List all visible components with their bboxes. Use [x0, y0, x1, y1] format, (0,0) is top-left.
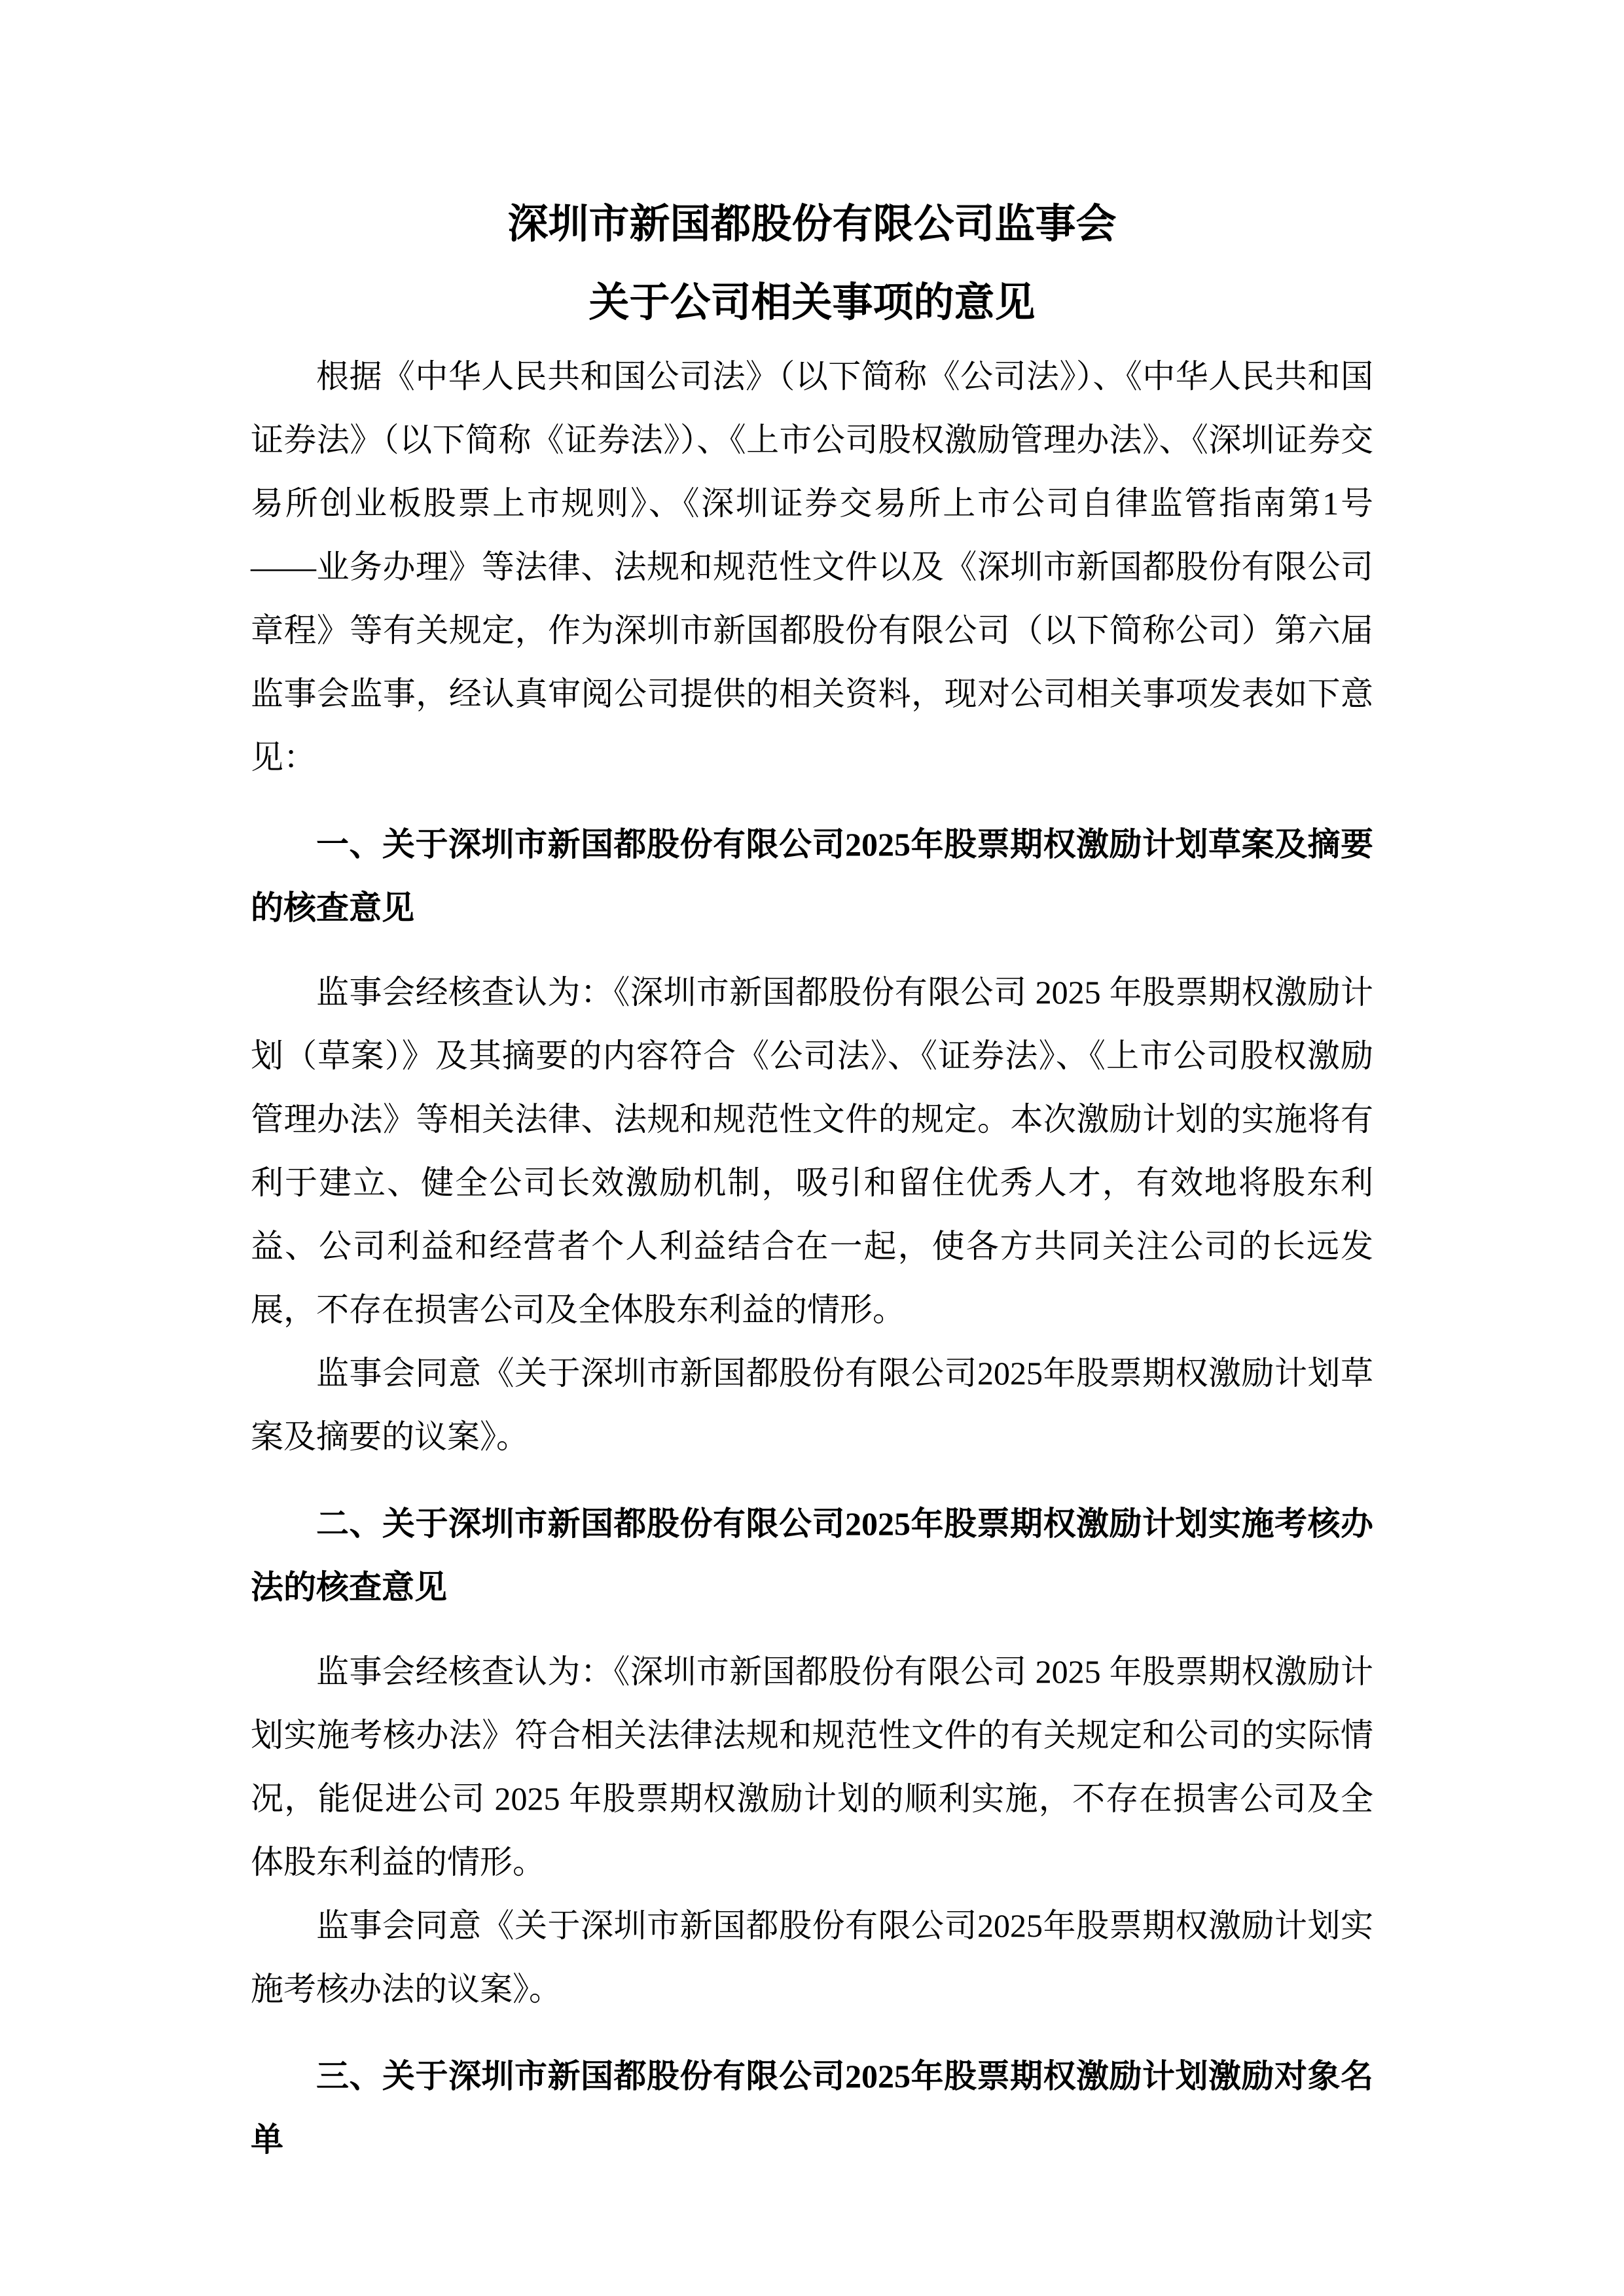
section-heading-2: 二、关于深圳市新国都股份有限公司2025年股票期权激励计划实施考核办法的核查意见: [251, 1492, 1373, 1619]
section-2-paragraph-2: 监事会同意《关于深圳市新国都股份有限公司2025年股票期权激励计划实施考核办法的…: [251, 1894, 1373, 2021]
intro-paragraph: 根据《中华人民共和国公司法》（以下简称《公司法》）、《中华人民共和国证券法》（以…: [251, 345, 1373, 789]
section-2-paragraph-1: 监事会经核查认为：《深圳市新国都股份有限公司 2025 年股票期权激励计划实施考…: [251, 1640, 1373, 1894]
document-page: 深圳市新国都股份有限公司监事会 关于公司相关事项的意见 根据《中华人民共和国公司…: [0, 0, 1624, 2296]
section-1-paragraph-2: 监事会同意《关于深圳市新国都股份有限公司2025年股票期权激励计划草案及摘要的议…: [251, 1342, 1373, 1469]
section-heading-3: 三、关于深圳市新国都股份有限公司2025年股票期权激励计划激励对象名单: [251, 2045, 1373, 2172]
document-subtitle: 关于公司相关事项的意见: [251, 277, 1373, 329]
section-1-paragraph-1: 监事会经核查认为：《深圳市新国都股份有限公司 2025 年股票期权激励计划（草案…: [251, 961, 1373, 1342]
section-heading-1: 一、关于深圳市新国都股份有限公司2025年股票期权激励计划草案及摘要的核查意见: [251, 813, 1373, 940]
document-title: 深圳市新国都股份有限公司监事会: [251, 198, 1373, 251]
